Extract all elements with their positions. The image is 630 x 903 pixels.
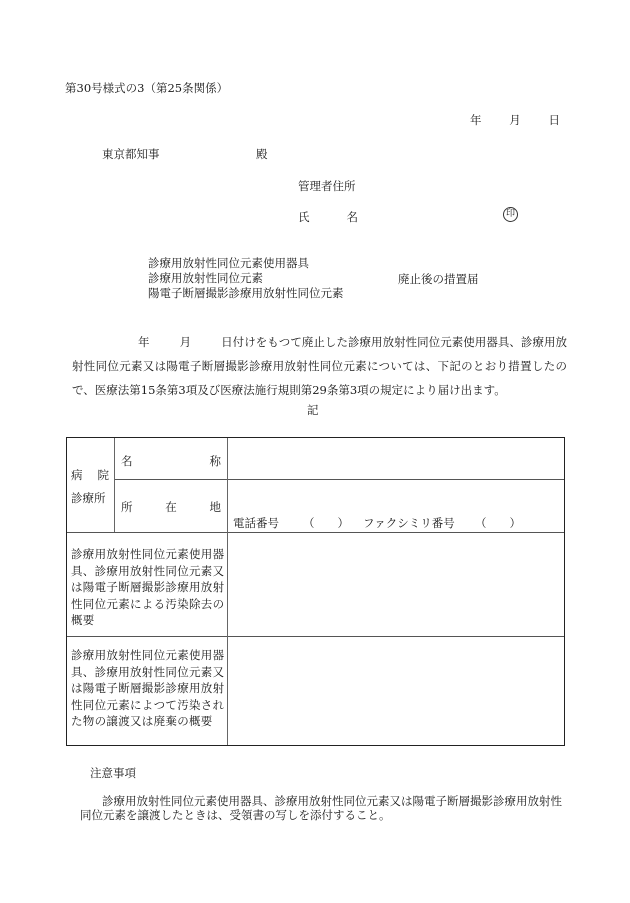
declaration-text: 年月日付けをもつて廃止した診療用放射性同位元素使用器具、診療用放射性同位元素又は…: [72, 330, 567, 402]
notes-text: 診療用放射性同位元素使用器具、診療用放射性同位元素又は陽電子断層撮影診療用放射性…: [80, 794, 570, 822]
phone-label: 電話番号: [233, 515, 279, 531]
fax-field[interactable]: （ ）: [475, 515, 521, 531]
name-label-first: 氏: [298, 209, 310, 225]
subject-option-device: 診療用放射性同位元素使用器具: [148, 256, 344, 271]
manager-name-label: 氏 名: [298, 209, 358, 225]
phone-field[interactable]: （ ）: [303, 515, 349, 531]
body-month: 月: [180, 335, 192, 349]
date-day-label: 日: [549, 112, 561, 128]
name-label-second: 名: [347, 209, 359, 225]
date-month-label: 月: [509, 112, 521, 128]
disposal-summary-field[interactable]: [229, 638, 563, 743]
seal-icon: 印: [503, 207, 518, 222]
facility-name-field[interactable]: [229, 440, 563, 478]
report-table: 病 院 診療所 名 称 所 在 地 電話番号 （ ） ファクシミリ番号 （ ） …: [66, 437, 565, 746]
body-year: 年: [138, 335, 150, 349]
fax-label: ファクシミリ番号: [363, 515, 455, 531]
date-year-label: 年: [470, 112, 482, 128]
decontamination-summary-field[interactable]: [229, 534, 563, 634]
facility-label-clinic: 診療所: [71, 490, 106, 506]
facility-location-field[interactable]: [229, 481, 563, 511]
column-divider: [114, 438, 115, 532]
submission-date: 年 月 日: [470, 112, 560, 128]
notes-title: 注意事項: [90, 765, 136, 781]
facility-label-hospital: 病 院: [71, 467, 109, 483]
addressee: 東京都知事: [102, 146, 160, 162]
subject-title: 廃止後の措置届: [398, 271, 479, 287]
honorific: 殿: [256, 146, 268, 162]
row-divider: [67, 636, 564, 637]
form-number: 第30号様式の3（第25条関係）: [65, 80, 228, 96]
disposal-label: 診療用放射性同位元素使用器具、診療用放射性同位元素又は陽電子断層撮影診療用放射性…: [71, 647, 229, 730]
name-label: 名 称: [121, 453, 221, 469]
subject-option-pet-isotope: 陽電子断層撮影診療用放射性同位元素: [148, 286, 344, 301]
manager-address-label: 管理者住所: [298, 178, 356, 194]
row-divider: [114, 479, 564, 480]
subject-options: 診療用放射性同位元素使用器具 診療用放射性同位元素 陽電子断層撮影診療用放射性同…: [148, 256, 344, 301]
decontamination-label: 診療用放射性同位元素使用器具、診療用放射性同位元素又は陽電子断層撮影診療用放射性…: [71, 546, 229, 629]
ki-heading: 記: [307, 402, 319, 418]
row-divider: [67, 532, 564, 533]
location-label: 所 在 地: [121, 499, 221, 515]
subject-option-isotope: 診療用放射性同位元素: [148, 271, 344, 286]
